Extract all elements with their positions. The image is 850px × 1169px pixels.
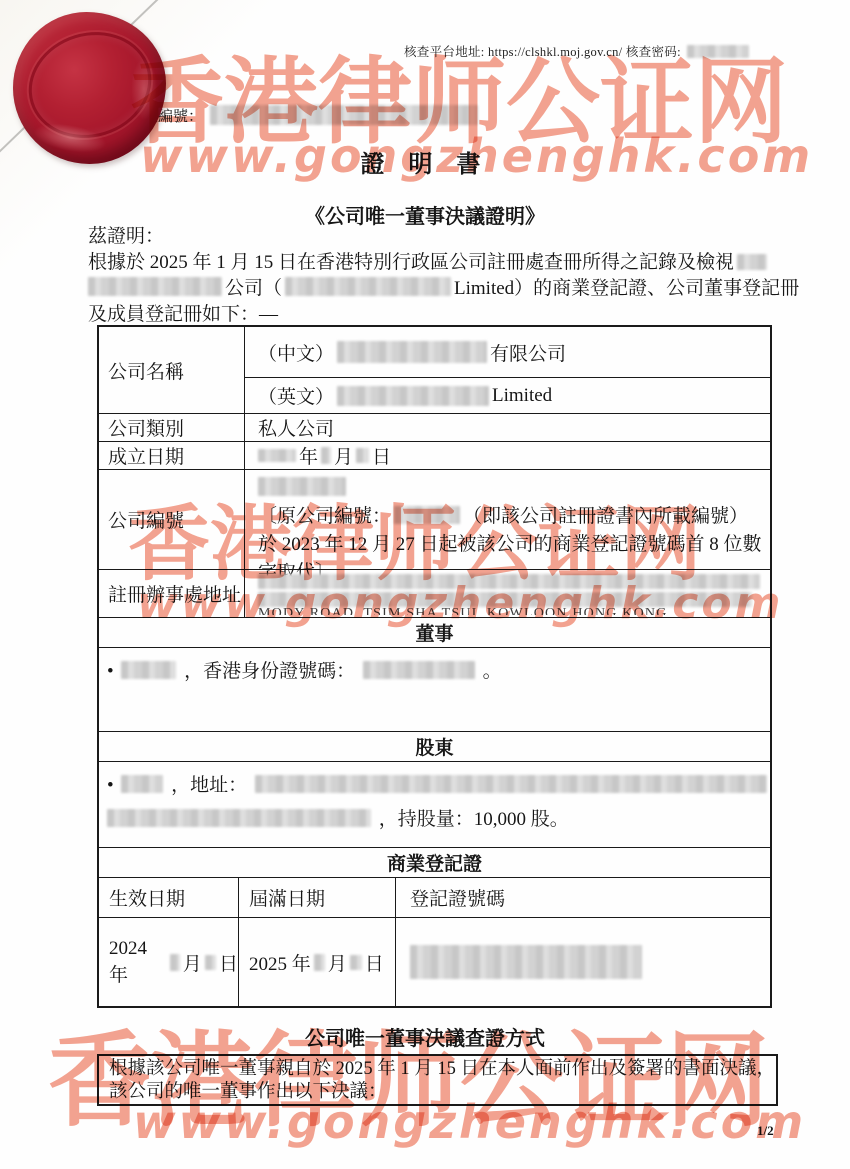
resolution-line2: 該公司的唯一董事作出以下決議： <box>109 1081 766 1104</box>
shareholder-entry: • ，地址： ，持股量：10,000 股。 <box>99 762 770 847</box>
intro-line2-company: 公司（ <box>225 278 282 299</box>
redacted-address-line1 <box>258 574 760 589</box>
redacted-verify-password <box>687 45 749 58</box>
resolution-box: 根據該公司唯一董事親自於 2025 年 1 月 15 日在本人面前作出及簽署的書… <box>97 1054 778 1106</box>
company-name-cn: （中文） 有限公司 <box>245 327 770 377</box>
shareholder-row: • ，地址： ，持股量：10,000 股。 <box>99 761 770 847</box>
redacted-company-name <box>88 277 222 296</box>
director-row: • ，香港身份證號碼： 。 <box>99 647 770 731</box>
incorporation-date-row: 成立日期 年 月 日 <box>99 441 770 469</box>
business-registration-values-row: 2024 年 月 日 2025 年 月 日 <box>99 917 770 1006</box>
redacted-shareholder-address-line1 <box>255 775 767 793</box>
verify-platform-url: https://clshkl.moj.gov.cn/ <box>488 45 622 59</box>
company-name-label: 公司名稱 <box>99 327 245 413</box>
br-col-expiry-date: 屆滿日期 <box>239 878 396 917</box>
redacted-director-name <box>121 661 176 679</box>
company-type-value: 私人公司 <box>245 414 770 441</box>
redacted-day <box>356 448 369 463</box>
registered-office-row: 註冊辦事處地址 MODY ROAD, TSIM SHA TSUI, KOWLOO… <box>99 569 770 617</box>
incorporation-date-value: 年 月 日 <box>245 442 770 469</box>
redacted-day <box>350 955 362 970</box>
redacted-day <box>205 955 216 970</box>
file-number-line: 檔案編號： <box>128 105 481 126</box>
directors-header-row: 董事 <box>99 617 770 647</box>
redacted-company-name-en <box>337 386 489 406</box>
br-expiry-date-value: 2025 年 月 日 <box>239 918 396 1006</box>
redacted-company-name <box>737 254 767 270</box>
redacted-month <box>321 447 331 464</box>
br-col-cert-number: 登記證號碼 <box>396 878 770 917</box>
redacted-month <box>314 954 325 971</box>
intro-line1-text: 根據於 2025 年 1 月 15 日在香港特別行政區公司註冊處查冊所得之記錄及… <box>88 252 734 273</box>
director-entry: • ，香港身份證號碼： 。 <box>99 648 770 731</box>
verify-password-label: 核查密码: <box>626 45 681 59</box>
resolution-section-title: 公司唯一董事決議查證方式 <box>0 1022 850 1051</box>
redacted-address-line2 <box>258 592 752 607</box>
redacted-file-number <box>210 105 478 125</box>
company-name-en: （英文） Limited <box>245 377 770 413</box>
bullet-icon: • <box>107 775 114 796</box>
seal-highlight <box>131 58 157 120</box>
certificate-page: 香港律师公证网 www.gongzhenghk.com 香港律师公证网 www.… <box>0 0 850 1169</box>
intro-line2-rest: Limited）的商業登記證、公司董事登記冊 <box>454 278 799 299</box>
verify-platform-label: 核查平台地址: <box>404 45 485 59</box>
company-type-label: 公司類別 <box>99 414 245 441</box>
page-number: 1/2 <box>757 1123 774 1139</box>
business-registration-header-row: 商業登記證 <box>99 847 770 877</box>
registered-office-label: 註冊辦事處地址 <box>99 570 245 617</box>
company-number-note-pre: 〔原公司編號： <box>258 506 391 527</box>
redacted-shareholder-name <box>121 775 163 793</box>
company-number-label: 公司編號 <box>99 470 245 569</box>
redacted-company-name-en <box>285 277 451 296</box>
intro-line2: 公司（Limited）的商業登記證、公司董事登記冊 <box>88 276 799 302</box>
company-type-row: 公司類別 私人公司 <box>99 413 770 441</box>
br-cert-number-value <box>396 918 770 1006</box>
redacted-month <box>170 954 180 971</box>
company-number-value: 〔原公司編號：（即該公司註冊證書內所載編號）於 2023 年 12 月 27 日… <box>245 470 770 569</box>
incorporation-date-label: 成立日期 <box>99 442 245 469</box>
intro-certify: 茲證明： <box>88 224 799 250</box>
verify-info-line: 核查平台地址: https://clshkl.moj.gov.cn/ 核查密码: <box>404 42 752 60</box>
shareholders-header-row: 股東 <box>99 731 770 761</box>
redacted-shareholder-address-line2 <box>107 809 371 827</box>
br-effective-date-value: 2024 年 月 日 <box>99 918 239 1006</box>
br-col-effective-date: 生效日期 <box>99 878 239 917</box>
intro-line1: 根據於 2025 年 1 月 15 日在香港特別行政區公司註冊處查冊所得之記錄及… <box>88 250 799 276</box>
address-visible-clipped: MODY ROAD, TSIM SHA TSUI, KOWLOON HONG K… <box>258 606 770 615</box>
company-number-row: 公司編號 〔原公司編號：（即該公司註冊證書內所載編號）於 2023 年 12 月… <box>99 469 770 569</box>
redacted-director-id <box>363 661 475 679</box>
resolution-line1: 根據該公司唯一董事親自於 2025 年 1 月 15 日在本人面前作出及簽署的書… <box>109 1058 766 1081</box>
redacted-year <box>258 449 296 462</box>
company-name-row: 公司名稱 （中文） 有限公司 （英文） Limited <box>99 327 770 413</box>
redacted-br-cert-number <box>410 945 642 979</box>
company-info-table: 公司名稱 （中文） 有限公司 （英文） Limited 公司類別 私人公司 成立… <box>97 325 772 1008</box>
redacted-company-number <box>258 477 346 496</box>
redacted-old-company-number <box>394 506 460 524</box>
registered-office-value: MODY ROAD, TSIM SHA TSUI, KOWLOON HONG K… <box>245 570 770 617</box>
wax-seal-icon <box>13 12 166 164</box>
business-registration-columns-row: 生效日期 屆滿日期 登記證號碼 <box>99 877 770 917</box>
bullet-icon: • <box>107 661 114 682</box>
redacted-company-name-cn <box>337 341 487 363</box>
intro-paragraph: 茲證明： 根據於 2025 年 1 月 15 日在香港特別行政區公司註冊處查冊所… <box>88 224 799 328</box>
shareholding-text: ，持股量：10,000 股。 <box>379 809 569 830</box>
